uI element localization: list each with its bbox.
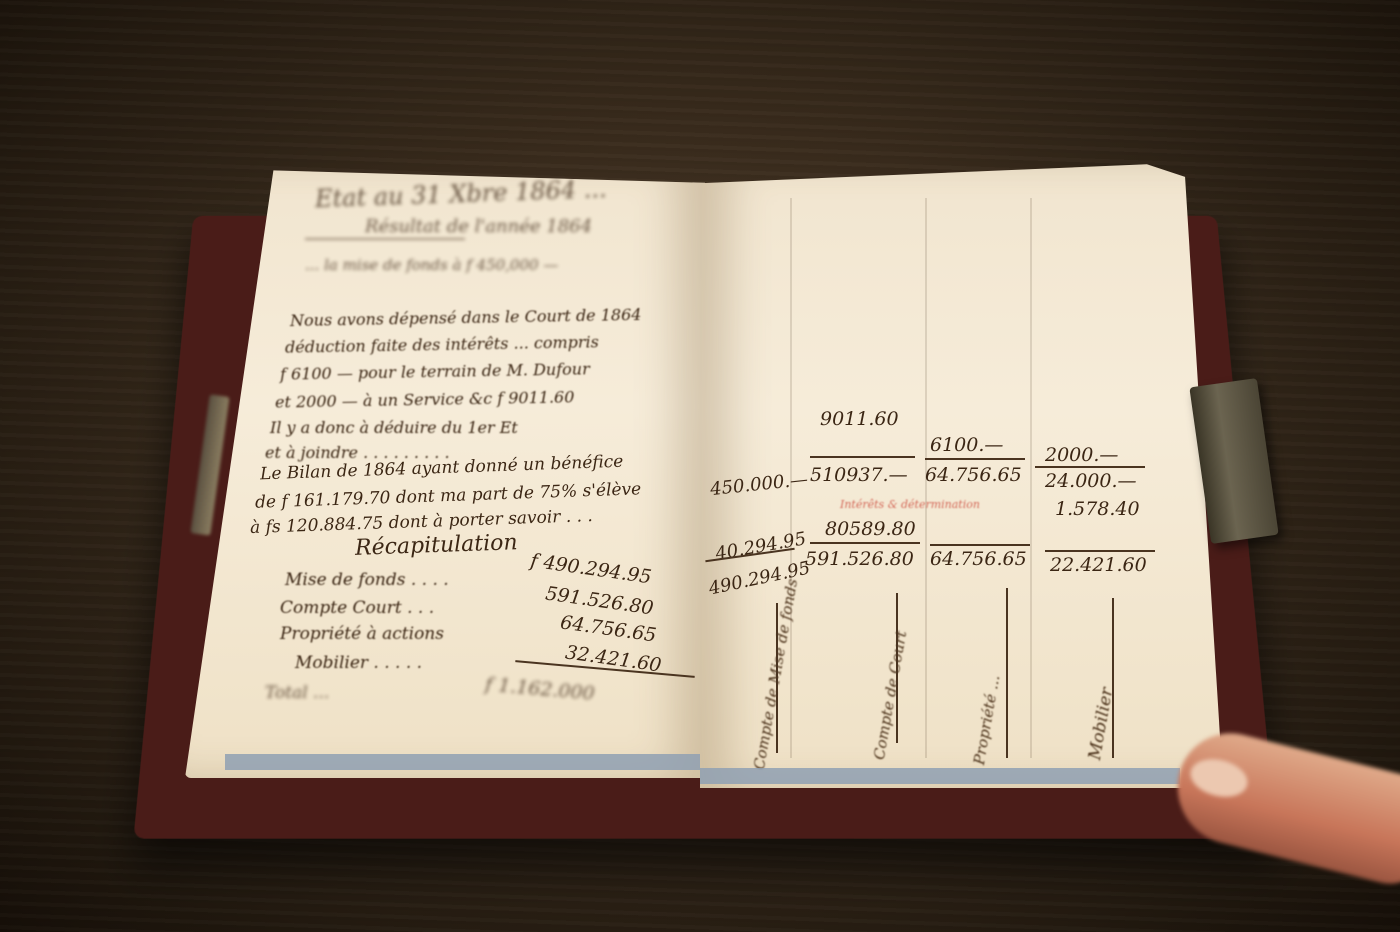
rule-e-col2: [810, 542, 920, 544]
row-c-col3: 64.756.65: [925, 464, 1022, 486]
recap-total-label: Total ...: [265, 683, 329, 703]
rule-b-col4: [1035, 466, 1145, 468]
total-col4: 22.421.60: [1050, 554, 1147, 576]
heading-line-1: Etat au 31 Xbre 1864 ...: [315, 175, 607, 213]
column-label-rule-3: [1006, 588, 1008, 758]
row-a-col2: 9011.60: [820, 408, 899, 430]
row-d-col4: 1.578.40: [1055, 498, 1140, 520]
para-line-4: et 2000 — à un Service &c f 9011.60: [275, 387, 575, 411]
recap-title: Récapitulation: [355, 530, 518, 561]
row-c-col4: 24.000.—: [1045, 470, 1137, 492]
para-line-3: f 6100 — pour le terrain de M. Dufour: [280, 359, 590, 383]
column-label-rule-4: [1112, 598, 1114, 758]
row-c-col2: 510937.—: [810, 464, 908, 486]
recap-label-4: Mobilier . . . . .: [295, 653, 422, 673]
recap-label-1: Mise de fonds . . . .: [285, 570, 449, 590]
left-page-edge: [225, 754, 705, 770]
column-label-3: Propriété ...: [970, 674, 1003, 766]
recap-label-2: Compte Court . . .: [280, 598, 434, 618]
recap-total-value: f 1.162.000: [484, 673, 595, 704]
column-label-2: Compte de Court: [870, 629, 910, 761]
right-page: 9011.60 6100.— 2000.— 450.000.— 510937.—…: [700, 158, 1245, 788]
row-b-col3: 6100.—: [930, 434, 1003, 456]
row-e-col2: 80589.80: [825, 518, 916, 540]
column-rule-3: [1030, 198, 1032, 758]
rule-e-col3: [930, 544, 1030, 546]
column-label-rule-1: [776, 603, 778, 753]
recap-label-3: Propriété à actions: [280, 624, 444, 644]
column-label-rule-2: [896, 593, 898, 743]
heading-line-2: Résultat de l'année 1864: [365, 216, 592, 237]
para-line-1: Nous avons dépensé dans le Court de 1864: [290, 305, 642, 330]
para-line-5: Il y a donc à déduire du 1er Et: [270, 418, 518, 437]
para-line-2: déduction faite des intérêts ... compris: [285, 332, 599, 356]
total-col3: 64.756.65: [930, 548, 1027, 570]
rule-b-col2: [810, 456, 915, 458]
total-col2: 591.526.80: [805, 548, 914, 570]
red-annotation: Intérêts & détermination: [840, 498, 980, 511]
rule-b-col3: [925, 458, 1025, 460]
row-e-col1: 40.294.95: [714, 528, 808, 565]
intro-line: ... la mise de fonds à f 450,000 —: [305, 256, 558, 274]
right-page-edge: [700, 768, 1180, 784]
heading-underline: [305, 238, 465, 240]
row-b-col4: 2000.—: [1045, 444, 1118, 466]
rule-e-col4: [1045, 550, 1155, 552]
row-c-col1: 450.000.—: [709, 469, 809, 500]
left-page: Etat au 31 Xbre 1864 ... Résultat de l'a…: [185, 158, 705, 778]
